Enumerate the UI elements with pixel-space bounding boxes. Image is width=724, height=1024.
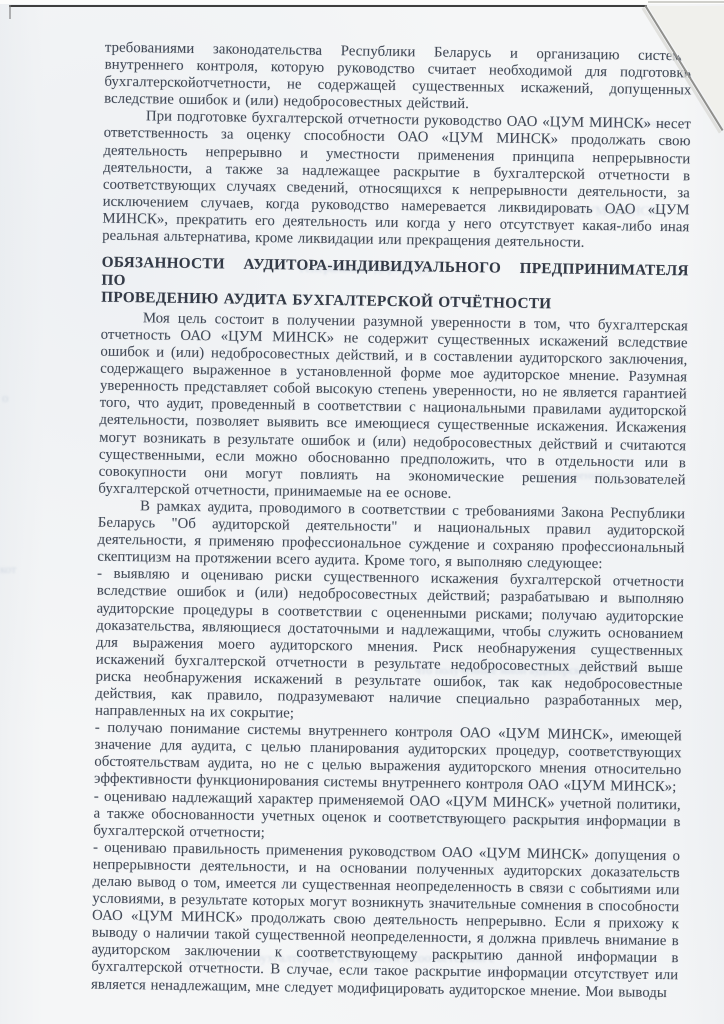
page-top-left-corner [9,5,11,19]
bleed-through-text: кот [0,562,16,577]
section-heading: ОБЯЗАННОСТИ АУДИТОРА-ИНДИВИДУАЛЬНОГО ПРЕ… [101,254,689,315]
document-body: требованиями законодательства Республики… [91,40,692,1002]
paragraph: Моя цель состоит в получении разумной ув… [98,310,688,507]
paragraph: - выявляю и оцениваю риски существенного… [95,566,684,729]
bleed-through-text: о [2,390,9,406]
paragraph: В рамках аудита, проводимого в соответст… [97,498,685,575]
paragraph: - оцениваю надлежащий характер применяем… [93,788,681,848]
paragraph: требованиями законодательства Республики… [104,40,692,117]
paragraph: - получаю понимание системы внутреннего … [94,720,682,797]
paragraph: При подготовке бухгалтерской отчетности … [102,108,691,253]
scanned-page: ОАО «ЦУМ МИНСК»генеральный директорупо п… [0,0,724,1024]
paragraph: - оцениваю правильность применения руков… [91,839,680,1002]
page-top-edge [9,5,647,7]
scanner-top-hairline [648,1,724,3]
